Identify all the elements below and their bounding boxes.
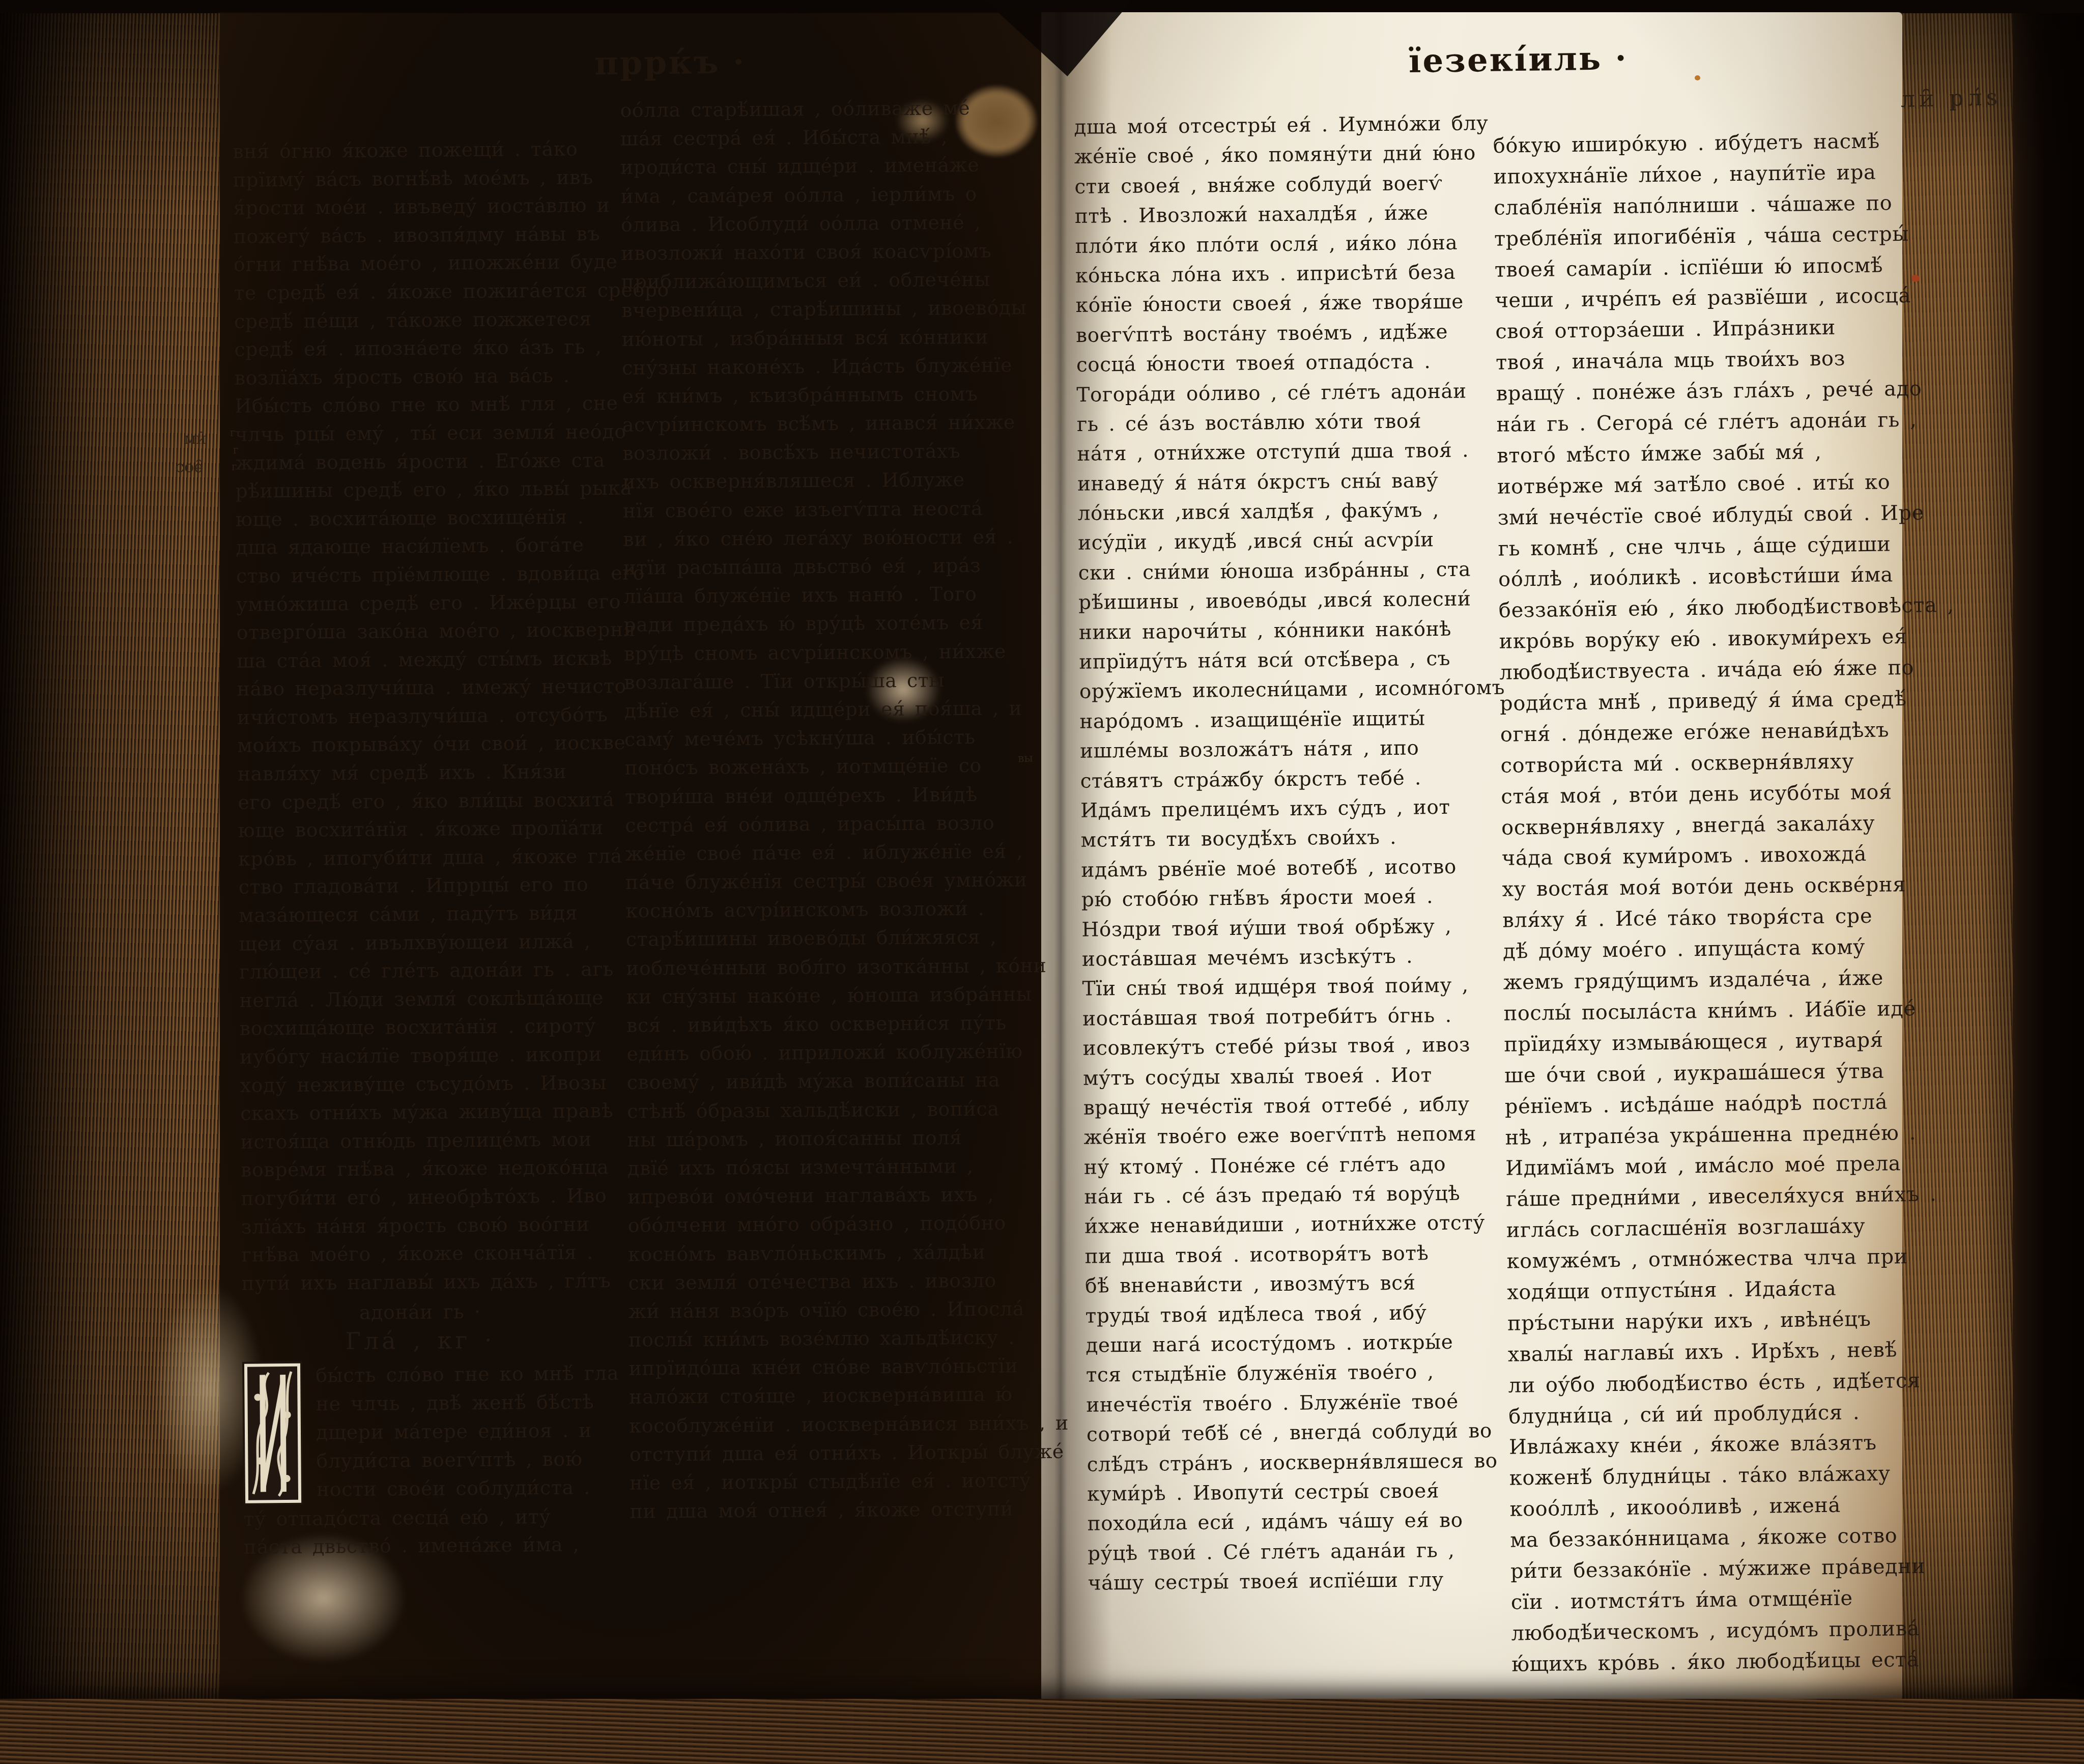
text-line: ше о́чи свои́ , иукраша́шеся у́тва xyxy=(1504,1056,1902,1091)
text-line: пи дша твоя́ . исотворя́тъ вотѣ xyxy=(1084,1238,1492,1272)
text-line: любодѣ́ическомъ , исудо́мъ пролива́ xyxy=(1511,1613,1908,1649)
text-line: икро́вь вору́ку ею́ . ивокуми́рехъ ея́ xyxy=(1499,622,1896,658)
text-line: поно́съ вожена́хъ , иотмще́нїе со xyxy=(624,751,1026,783)
text-line: сосца́ ю́ности твоея́ отпадо́ста . xyxy=(1076,347,1483,380)
text-line: щеи су́ая . ивълхву́ющеи илжа́ , xyxy=(239,927,595,958)
text-line: ны ша́ромъ , иопоя́санны поля́ xyxy=(627,1123,1029,1154)
text-line: пръ́стыни нару́ки ихъ , ивѣне́цъ xyxy=(1507,1303,1905,1339)
text-line: ходу́ неживу́ще съсудо́мъ . Ивозы xyxy=(240,1069,596,1100)
text-line: ироди́ста сны́ идще́ри . имена́же xyxy=(620,151,1022,182)
text-line: прїидя́ху измыва́ющеся , иутваря́ xyxy=(1504,1025,1901,1060)
text-line: ки сну́зны нако́не , ю́ноша избра́нны xyxy=(626,980,1028,1011)
text-line: возлїа́хъ я́рость свою́ на ва́сь . xyxy=(235,361,591,392)
text-line: еди́нъ обою́ . иприложи́ коблуже́нїю xyxy=(626,1037,1029,1068)
text-line: итїи расыпа́ша двьство́ ея́ , ира́з xyxy=(623,551,1025,582)
text-line: на́во неразлучи́ша . имежу́ нечисто xyxy=(237,673,593,704)
text-line: любодѣ́иствуеста . ича́да ею́ я́же по xyxy=(1499,652,1897,688)
text-line: иоблече́нныи вобл́го изотка́нны , ко́ни xyxy=(626,951,1028,983)
text-line: маза́ющеся са́ми , паду́тъ ви́дя xyxy=(239,899,595,930)
text-line: кооо́ллѣ , икооо́ливѣ , ижена́ xyxy=(1509,1489,1907,1525)
text-line: юще . восхита́юще восхище́нїя . xyxy=(236,503,592,534)
text-line: лїа́ша блуже́нїе ихъ наню́ . Того xyxy=(623,579,1025,611)
text-line: двїе́ ихъ по́ясы измечта́нными , xyxy=(627,1151,1030,1183)
text-line: ту́ отпадо́ста сесца́ ею́ , иту́ xyxy=(243,1502,599,1533)
text-line: сну́зны наконе́хъ . Ида́сть блуже́нїе xyxy=(622,351,1024,382)
text-line: средѣ́ ея́ . ипозна́ете я́ко а́зъ гь , xyxy=(234,333,590,364)
text-line: инече́стїя твое́го . Блуже́нїе твое́ xyxy=(1086,1387,1494,1420)
text-line: куми́рѣ . Ивопути́ сестры́ своея́ xyxy=(1087,1476,1495,1510)
column-1-lines: вня́ о́гню я́коже пожещи́ . та́копрїиму́… xyxy=(233,135,598,1298)
open-book-photo: пррќъ · їезекі́иль · ли̑ рл́ѕ г ми̑ г со… xyxy=(0,0,2084,1764)
text-line: навля́ху мя́ средѣ́ ихъ . Кня́зи xyxy=(238,757,594,788)
text-line: возложи́ . вовсѣ́хъ нечистота́хъ xyxy=(622,437,1024,468)
chapter-22-ending: адона́и гь · xyxy=(242,1297,598,1328)
text-line: рѣ́ишины средѣ́ его , я́ко львы́ рыка́ xyxy=(235,474,591,505)
text-line: комуже́мъ , отмно́жества члча при xyxy=(1506,1241,1904,1277)
column-2-lines: оо́лла старѣ́ишая , оо́ливаже ме́ша́я се… xyxy=(620,93,1032,1526)
text-line: восхища́юще восхита́нїя . сироту́ xyxy=(240,1012,596,1043)
text-line: вращу́ нече́стїя твоя́ оттебе́ , иблу xyxy=(1083,1090,1491,1123)
right-page-column-2: бо́кую иширо́кую . ибу́детъ насмѣ́ипохух… xyxy=(1493,126,1908,1680)
text-line: же́нїя твое́го еже воегѵ́птѣ непомя xyxy=(1083,1119,1491,1153)
text-line: пи дша моя́ отнея́ , я́коже отступи́ xyxy=(630,1494,1032,1526)
text-line: юще восхита́нїя . я́коже пролїа́ти xyxy=(238,814,594,845)
text-line: дша моя́ отсестры́ ея́ . Иумно́жи блу xyxy=(1074,109,1481,143)
text-line: ю́щихъ кро́вь . я́ко любодѣ́ицы еста́ xyxy=(1511,1644,1909,1680)
text-line: иубо́гу наси́лїе творя́ще . икопри xyxy=(240,1040,596,1071)
text-line: скахъ отни́хъ му́жа живу́ща правѣ xyxy=(240,1097,596,1128)
text-line: дша ядающе наси́лїемъ . бога́те xyxy=(236,531,592,562)
text-line: ходя́щи отпусты́ня . Идая́ста xyxy=(1507,1272,1904,1308)
text-line: ида́мъ рве́нїе мое́ вотебѣ́ , исотво xyxy=(1081,852,1489,886)
text-line: бы́сть сло́во гне ко мнѣ́ гла xyxy=(316,1358,619,1389)
text-line: Ивла́жаху кне́и , я́коже вла́зятъ xyxy=(1509,1428,1906,1463)
top-shadow xyxy=(0,0,2084,13)
text-line: косно́мъ асѵрі́инскомъ возложи́ . xyxy=(625,894,1027,925)
text-line: оо́лла старѣ́ишая , оо́ливаже ме́ xyxy=(620,93,1022,125)
text-line: ша́я сестра́ ея́ . Ибы́ста мнѣ́ , xyxy=(620,122,1022,153)
text-line: возлага́ше . Тїи откры́ша сты xyxy=(624,665,1026,697)
text-line: сестра́ ея́ оо́лива , ирасы́па возло xyxy=(625,808,1027,840)
text-line: тся стыдѣ́нїе блуже́нїя твое́го , xyxy=(1086,1357,1494,1391)
text-line: ишле́мы возложа́тъ на́тя , ипо xyxy=(1080,733,1488,766)
text-line: те средѣ́ ея́ . я́коже пожига́ется сребр… xyxy=(234,276,590,307)
text-line: члчь рцы́ ему́ , ты́ еси земля́ нео́до xyxy=(235,418,591,449)
text-line: Но́здри твоя́ иу́ши твоя́ обрѣ́жу , xyxy=(1081,912,1489,945)
text-line: твори́ша вне́и одще́рехъ . Иви́дѣ xyxy=(625,780,1027,811)
text-line: пло́ти я́ко пло́ти осля́ , ия́ко ло́на xyxy=(1075,228,1482,262)
text-line: косно́мъ вавѵло́ньскимъ , ха́лдѣи xyxy=(628,1237,1030,1269)
text-line: вся́ . иви́дѣхъ я́ко оскверни́ся пу́ть xyxy=(626,1008,1029,1040)
text-line: беззако́нїя ею́ , я́ко любодѣ́иствовѣста… xyxy=(1499,591,1896,627)
text-line: дѣ́ до́му мое́го . ипуща́ста кому́ xyxy=(1503,931,1900,967)
left-page-column-1: вня́ о́гню я́коже пожещи́ . та́копрїиму́… xyxy=(233,135,600,1561)
text-line: не члчь , двѣ́ женѣ́ бѣ́стѣ xyxy=(316,1387,619,1418)
text-line: оо́ллѣ , иоо́ликѣ . исовѣсти́ши и́ма xyxy=(1498,560,1896,595)
text-line: бо́кую иширо́кую . ибу́детъ насмѣ́ xyxy=(1493,126,1890,161)
text-line: вля́ху я́ . Исе́ та́ко творя́ста сре xyxy=(1502,901,1900,936)
text-line: старѣ́ишины ивоево́ды бли́жяяся , xyxy=(626,923,1028,954)
text-line: умно́жиша средѣ́ его . Иже́рцы его xyxy=(236,588,592,619)
text-line: обо́лчени мно́го обра́зно , подо́бно xyxy=(628,1209,1030,1240)
text-line: чеши , ичре́пъ ея́ развїе́ши , исосца́ xyxy=(1495,281,1892,317)
text-line: ко́ньска ло́на ихъ . иприсѣти́ беза xyxy=(1075,258,1483,291)
text-line: же́нїе свое́ , я́ко помяну́ти дни́ ю́но xyxy=(1074,139,1482,173)
text-line: своя́ отторза́еши . Ипра́зники xyxy=(1495,312,1893,348)
text-line: приближа́ющимъся еи́ . облече́ны xyxy=(621,265,1023,296)
text-line: ипрїидо́ша кне́и сно́ве вавѵло́ньстїи xyxy=(629,1351,1031,1383)
text-line: твоея́ самарі́и . іспїе́ши ю́ ипосмѣ́ xyxy=(1494,250,1892,286)
column-3-lines: дша моя́ отсестры́ ея́ . Иумно́жи блуже́… xyxy=(1074,109,1495,1599)
text-line: оскверня́вляху , внегда́ закала́ху xyxy=(1501,808,1899,843)
text-line: погуби́ти его́ , инеобрѣто́хъ . Иво xyxy=(241,1182,597,1213)
text-line: ждима́ водень я́рости . Его́же ста xyxy=(235,446,591,477)
text-line: его средѣ́ его , я́ко вли́цы восхита́ xyxy=(238,786,594,817)
text-line: вчервени́ца , старѣ́ишины , ивоево́ды xyxy=(621,294,1023,325)
column-4-lines: бо́кую иширо́кую . ибу́детъ насмѣ́ипохух… xyxy=(1493,126,1908,1680)
text-line: му́тъ сосу́ды хвалы́ твоея́ . Иот xyxy=(1083,1060,1491,1094)
text-line: злїа́хъ на́ня я́рость свою́ воо́гни xyxy=(241,1210,597,1241)
text-line: хвалы́ наглавы́ ихъ . Ирѣ́хъ , невѣ́ xyxy=(1507,1334,1905,1370)
text-line: сти своея́ , вня́же соблуди́ воегѵ́ xyxy=(1074,168,1482,202)
text-line: на́тя , отни́хже отступи́ дша твоя́ . xyxy=(1077,436,1485,469)
text-line: средѣ́ пе́щи , та́коже пожжетеся xyxy=(234,305,590,336)
text-line: ре́нїемъ . исѣда́ше нао́дрѣ постла́ xyxy=(1504,1087,1902,1122)
column-1-tail-lines: ту́ отпадо́ста сесца́ ею́ , иту́па́ста д… xyxy=(243,1502,600,1562)
text-line: Идимїа́мъ мои́ , има́сло мое́ прела xyxy=(1505,1149,1903,1184)
text-line: послы́ кни́мъ возе́млю хальдѣ́иску . xyxy=(629,1323,1031,1354)
margin-ref-micah: ми̑ xyxy=(184,430,206,448)
text-line: роди́ста мнѣ́ , приведу́ я́ и́ма средѣ́ xyxy=(1500,684,1897,719)
text-line: ию́ноты , избра́нныя вся́ ко́нники xyxy=(621,322,1023,354)
text-line: на́и гь . Сегора́ се́ гле́тъ адона́и гь … xyxy=(1496,405,1894,440)
text-line: стѣнѣ́ о́бразы хальдѣ́иски , вопи́са xyxy=(627,1094,1029,1126)
text-line: дщери ма́тере еди́ноя . и xyxy=(316,1415,619,1446)
text-line: блуди́ста воегѵ́птѣ , вою́ xyxy=(316,1444,619,1475)
text-line: ло́ньски ,ився́ халдѣ́я , факу́мъ , xyxy=(1077,495,1485,529)
text-line: ли оу́бо любодѣ́иство е́сть , идѣ́ется xyxy=(1508,1365,1905,1401)
text-line: ста́я моя́ , вто́и день исубо́ты моя́ xyxy=(1501,777,1898,812)
text-line: сотвори́ста ми́ . оскверня́вляху xyxy=(1500,746,1898,781)
text-line: исовлеку́тъ стебе́ ри́зы твоя́ , ивоз xyxy=(1082,1030,1490,1064)
text-line: блудни́ца , си́ ии́ проблуди́ся . xyxy=(1508,1397,1906,1432)
text-line: ипрево́и омо́чени наглава́хъ ихъ , xyxy=(627,1180,1030,1211)
text-line: дѣ́нїе ея́ , сны́ идще́ри ея́ поя́ша , и xyxy=(624,694,1026,725)
text-line: ста́вятъ стра́жбу о́крстъ тебе́ . xyxy=(1080,763,1488,796)
margin-dot: · xyxy=(194,482,200,503)
text-line: ко́нїе ю́ности своея́ , я́же творя́ше xyxy=(1075,288,1483,321)
text-line: втого́ мѣ́сто и́мже забы́ мя́ , xyxy=(1497,436,1894,471)
text-line: игла́сь согласше́нїя возглаша́ху xyxy=(1506,1210,1903,1246)
text-line: огня́ . до́ндеже его́же ненави́дѣхъ xyxy=(1500,715,1898,750)
text-line: Тогора́ди оо́ливо , се́ гле́тъ адона́и xyxy=(1076,377,1484,410)
running-head-right: їезекі́иль · xyxy=(1408,39,1628,80)
woodcut-ornament-svg xyxy=(242,1361,303,1505)
text-line: мои́хъ покрыва́ху о́чи свои́ , иоскве xyxy=(237,729,593,760)
left-page-edges xyxy=(0,0,220,1764)
text-line: пути́ ихъ наглавы́ ихъ да́хъ , гл́тъ xyxy=(241,1267,597,1298)
text-line: па́че блуже́нїя сестры́ свое́я умно́жи xyxy=(625,865,1027,897)
text-line: иоста́вшая мече́мъ изсѣку́тъ . xyxy=(1082,941,1490,975)
text-line: глю́щеи . се́ гле́тъ адона́и гь . агь xyxy=(239,955,595,986)
text-line: па́ста двьство́ . имена́же и́ма , xyxy=(244,1530,600,1561)
text-line: ма беззако́нницама , я́коже сотво xyxy=(1510,1520,1907,1556)
text-line: зми́ нече́стїе свое́ иблуды́ свои́ . Ире xyxy=(1497,498,1895,533)
initial-woodcut-И: И xyxy=(242,1361,303,1505)
text-line: кро́вь , ипогуби́ти дша , я́коже гла́ xyxy=(238,842,594,873)
text-line: вовре́мя гнѣ́ва , я́коже недоко́нца xyxy=(241,1154,597,1185)
text-line: ники нарочи́ты , ко́нники нако́нѣ xyxy=(1079,614,1487,648)
text-line: ви , я́ко сне́ю лега́ху вою́ности ея́ . xyxy=(623,522,1025,554)
text-line: о́лива . Исоблуди́ оо́лла отмене́ , xyxy=(621,208,1023,239)
text-line: ея́ кни́мъ , къизбра́ннымъ сномъ xyxy=(622,379,1024,411)
text-line: наро́домъ . изащище́нїе ищиты́ xyxy=(1079,703,1487,737)
text-line: послы́ посыла́ста кни́мъ . Иа́бїе иде́ xyxy=(1503,993,1901,1029)
right-page-column-1: дша моя́ отсестры́ ея́ . Иумно́жи блуже́… xyxy=(1074,109,1495,1599)
text-line: инаведу́ я́ на́тя о́крстъ сны́ ваву́ xyxy=(1077,466,1485,499)
folio-number: ли̑ рл́ѕ xyxy=(1900,84,2002,112)
text-line: и́ма , сама́рея оо́лла , іерли́мъ о xyxy=(620,179,1022,211)
text-line: ну́ ктому́ . Поне́же се́ гле́тъ адо xyxy=(1084,1149,1492,1183)
text-line: о́гни гнѣ́ва мое́го , ипожже́ни буде xyxy=(234,248,590,279)
text-line: птѣ . Ивозложи́ нахалдѣ́я , и́же xyxy=(1075,198,1482,232)
text-line: Ида́мъ прелице́мъ ихъ су́дъ , иот xyxy=(1080,792,1488,826)
text-line: Тїи сны́ твоя́ идще́ря твоя́ пои́му , xyxy=(1082,971,1490,1004)
text-line: иотве́рже мя́ затѣ́ло свое́ . иты́ ко xyxy=(1497,467,1895,502)
text-line: ча́шу сестры́ твоея́ испїе́ши глу xyxy=(1088,1565,1495,1599)
text-line: труды́ твоя́ идѣ́леса твоя́ , ибу́ xyxy=(1085,1298,1493,1331)
text-line: ипрїиду́тъ на́тя вси́ отсѣ́вера , съ xyxy=(1079,644,1487,677)
text-line: жи́ на́ня взо́ръ очїю́ свое́ю . Ипосла́ xyxy=(629,1294,1031,1326)
text-line: рю́ стобо́ю гнѣ́въ я́рости моея́ . xyxy=(1081,881,1489,915)
text-line: походи́ла еси́ , ида́мъ ча́шу ея́ во xyxy=(1087,1505,1495,1539)
left-page-column-2: оо́лла старѣ́ишая , оо́ливаже ме́ша́я се… xyxy=(620,93,1032,1526)
text-line: ша ста́а моя́ . между́ сты́мъ исквѣ xyxy=(237,644,593,675)
text-line: и́хже ненави́диши , иотни́хже отсту́ xyxy=(1084,1209,1492,1242)
text-line: требле́нїя ипогибе́нїя , ча́ша сестры́ xyxy=(1494,219,1892,254)
bottom-page-edges xyxy=(0,1699,2084,1764)
text-line: же́нїе свое́ па́че ея́ . иблуже́нїе ея́ … xyxy=(625,837,1027,868)
text-line: ичи́стомъ неразлучи́ша . отсубо́тъ xyxy=(237,701,593,732)
text-line: ху воста́я моя́ вото́и день оскве́рня xyxy=(1502,870,1899,905)
running-head-left: пррќъ · xyxy=(594,43,746,82)
text-line: сїи . иотмстя́тъ и́ма отмще́нїе xyxy=(1510,1582,1908,1618)
text-line: ча́да своя́ куми́ромъ . ивохожда́ xyxy=(1502,839,1899,874)
text-line: ради преда́хъ ю́ вру́цѣ хоте́мъ ея́ xyxy=(623,608,1025,640)
chapter-23-heading: Гла́ , кг · xyxy=(242,1325,598,1356)
text-line: воегѵ́птѣ воста́ну твое́мъ , идѣ́же xyxy=(1076,317,1483,351)
text-line: нїе ея́ , иоткры́ стыдѣ́нїе ея́ . иотсту… xyxy=(630,1466,1032,1497)
text-line: ности свое́и соблуди́ста . xyxy=(317,1472,620,1503)
text-line: я́рости мое́и . ивъведу́ иоста́влю и xyxy=(233,191,589,222)
text-line: гь . се́ а́зъ воста́влю хо́ти твоя́ xyxy=(1077,406,1485,440)
text-line: кособлуже́нїи . иоскверна́вися вни́хъ , … xyxy=(629,1409,1031,1440)
text-line: слабле́нїя напо́лниши . ча́шаже по xyxy=(1494,188,1891,223)
text-line: рѣ́ишины , ивоево́ды ,ився́ колесни́ xyxy=(1078,584,1486,618)
text-line: саму́ мече́мъ усѣкну́ша . ибы́сть xyxy=(624,722,1026,754)
text-line: гь комнѣ́ , сне члчь , а́ще су́диши xyxy=(1498,529,1895,564)
text-line: ору́жїемъ иколесни́цами , исомно́гомъ xyxy=(1079,674,1487,707)
text-line: деши нага́ исосту́домъ . иоткры́е xyxy=(1086,1327,1493,1361)
text-line: мстя́тъ ти восудѣ́хъ свои́хъ . xyxy=(1080,822,1488,856)
text-line: слѣ́дъ стра́нъ , иоскверня́вляшеся во xyxy=(1087,1446,1494,1480)
text-line: вня́ о́гню я́коже пожещи́ . та́ко xyxy=(233,135,589,166)
text-line: бѣ́ вненави́сти , ивозму́тъ вся́ xyxy=(1085,1268,1493,1301)
text-line: негла́ . Лю́ди земля́ соклѣща́юще xyxy=(239,984,595,1015)
text-line: нѣ , итрапе́за укра́шенна предне́ю . xyxy=(1505,1118,1902,1153)
text-line: Ибы́сть сло́во гне ко мнѣ́ гля , сне xyxy=(235,390,591,421)
initial-row: И бы́сть сло́во гне ко мнѣ́ глане члчь ,… xyxy=(242,1359,599,1505)
text-line: ивозложи́ нахо́ти своя́ коасѵрі́омъ xyxy=(621,236,1023,268)
text-line: ски . сни́ми ю́ноша избра́нны , ста xyxy=(1078,555,1486,588)
text-line: жемъ гряду́щимъ издале́ча , и́же xyxy=(1503,962,1901,998)
text-line: ство иче́сть прїе́млюще . вдови́ца его xyxy=(236,559,592,590)
text-line: ски земля́ оте́чества ихъ . ивозло xyxy=(628,1266,1030,1297)
text-line: нало́жи стоя́ще , иоскверна́виша ю́ xyxy=(629,1380,1031,1412)
text-line: сотвори́ тебѣ́ се́ , внегда́ соблуди́ во xyxy=(1087,1416,1494,1450)
text-line: истоя́ща отню́дь прелице́мъ мои xyxy=(240,1125,596,1156)
text-line: нїя свое́го еже изъегѵ́пта неоста́ xyxy=(623,494,1025,525)
chapter-23-opening-lines: бы́сть сло́во гне ко мнѣ́ глане члчь , д… xyxy=(316,1358,620,1504)
text-line: своему́ , иви́дѣ му́жа вопи́саны на xyxy=(627,1066,1029,1097)
text-line: га́ше предни́ми , ивеселя́хуся вни́хъ . xyxy=(1506,1179,1903,1215)
text-line: гнѣ́ва мое́го , я́коже сконча́тїя . xyxy=(241,1238,597,1269)
margin-ref-sophonias: соѳ̑ xyxy=(175,457,203,476)
right-page-edges xyxy=(1898,0,2084,1764)
text-line: отступи́ дша ея́ отни́хъ . Иоткры́ блуже… xyxy=(630,1437,1032,1469)
text-line: на́и гь . се́ а́зъ предаю́ тя́ вору́цѣ xyxy=(1084,1179,1492,1212)
text-line: коженѣ́ блудни́цы . та́ко вла́жаху xyxy=(1509,1458,1906,1494)
text-line: ихъ оскверня́вляшеся . Иблуже xyxy=(622,465,1024,497)
text-line: ипохухна́нїе ли́хое , наупи́тїе ира xyxy=(1493,157,1891,192)
text-line: пожегу́ ва́съ . ивозпя́дму на́вы въ xyxy=(233,220,589,251)
text-line: вру́цѣ сномъ асѵрі́инскомъ , ни́хже xyxy=(624,637,1026,668)
text-line: ру́цѣ твои́ . Се́ гле́тъ адана́и гь , xyxy=(1088,1535,1495,1569)
text-line: иоста́вшая твоя́ потреби́тъ о́гнь . xyxy=(1082,1001,1490,1034)
text-line: вращу́ . поне́же а́зъ гла́хъ , рече́ адо xyxy=(1496,374,1893,409)
text-line: отверго́ша зако́на мое́го , иоскверня xyxy=(236,616,592,647)
text-line: ису́дїи , икудѣ́ ,ився́ сны́ асѵрі́и xyxy=(1078,525,1486,559)
text-line: ство гладова́ти . Ипррцы́ его по xyxy=(238,871,594,902)
text-line: асѵрі́инскомъ всѣ́мъ , инався́ ни́хже xyxy=(622,408,1024,439)
text-line: твоя́ , инача́ла мць твои́хъ воз xyxy=(1496,343,1893,379)
text-line: ри́ти беззако́нїе . му́жиже пра́ведни xyxy=(1510,1551,1908,1587)
text-line: прїиму́ ва́съ вогнѣ́вѣ мое́мъ , ивъ xyxy=(233,163,589,194)
